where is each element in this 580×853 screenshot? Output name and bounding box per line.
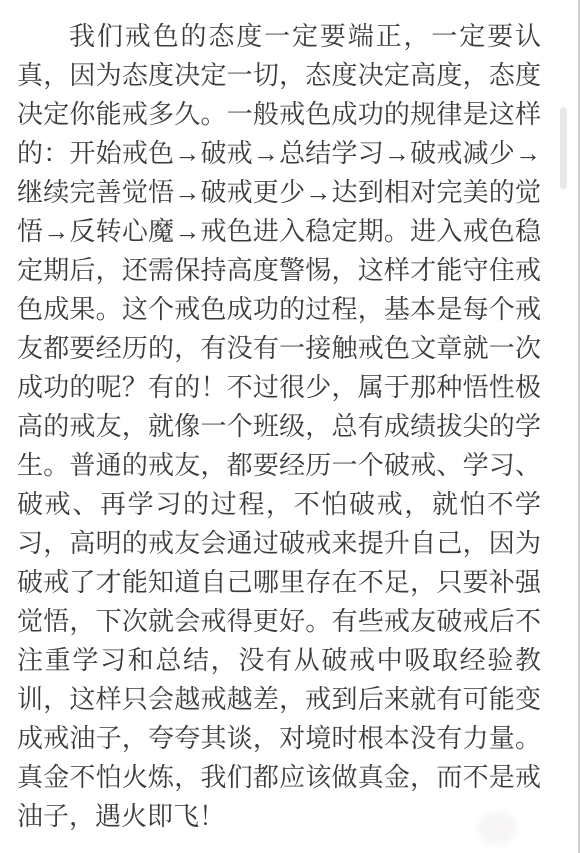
faint-watermark <box>478 812 516 846</box>
article-page: 我们戒色的态度一定要端正，一定要认真，因为态度决定一切，态度决定高度，态度决定你… <box>0 0 580 853</box>
text-line: 训，这样只会越戒越差，戒到后来就有可能变 <box>17 680 541 719</box>
text-line: 我们戒色的态度一定要端正，一定要认 <box>17 17 541 56</box>
text-line: 破戒、再学习的过程，不怕破戒，就怕不学 <box>17 485 541 524</box>
text-line: 真金不怕火炼，我们都应该做真金，而不是戒 <box>17 758 541 797</box>
text-line: 决定你能戒多久。一般戒色成功的规律是这样 <box>17 95 541 134</box>
text-line: 高的戒友，就像一个班级，总有成绩拔尖的学 <box>17 407 541 446</box>
text-line: 油子，遇火即飞！ <box>17 797 541 836</box>
article-paragraph: 我们戒色的态度一定要端正，一定要认真，因为态度决定一切，态度决定高度，态度决定你… <box>17 17 541 836</box>
scrollbar-track[interactable] <box>560 0 567 853</box>
text-line: 成功的呢？有的！不过很少，属于那种悟性极 <box>17 368 541 407</box>
text-line: 生。普通的戒友，都要经历一个破戒、学习、 <box>17 446 541 485</box>
text-line: 悟→反转心魔→戒色进入稳定期。进入戒色稳 <box>17 212 541 251</box>
text-line: 成戒油子，夸夸其谈，对境时根本没有力量。 <box>17 719 541 758</box>
text-line: 习，高明的戒友会通过破戒来提升自己，因为 <box>17 524 541 563</box>
text-line: 破戒了才能知道自己哪里存在不足，只要补强 <box>17 563 541 602</box>
text-line: 定期后，还需保持高度警惕，这样才能守住戒 <box>17 251 541 290</box>
text-line: 色成果。这个戒色成功的过程，基本是每个戒 <box>17 290 541 329</box>
text-line: 友都要经历的，有没有一接触戒色文章就一次 <box>17 329 541 368</box>
text-line: 真，因为态度决定一切，态度决定高度，态度 <box>17 56 541 95</box>
scrollbar-thumb[interactable] <box>560 107 567 189</box>
text-line: 注重学习和总结，没有从破戒中吸取经验教 <box>17 641 541 680</box>
text-line: 觉悟，下次就会戒得更好。有些戒友破戒后不 <box>17 602 541 641</box>
text-line: 继续完善觉悟→破戒更少→达到相对完美的觉 <box>17 173 541 212</box>
text-line: 的：开始戒色→破戒→总结学习→破戒减少→ <box>17 134 541 173</box>
